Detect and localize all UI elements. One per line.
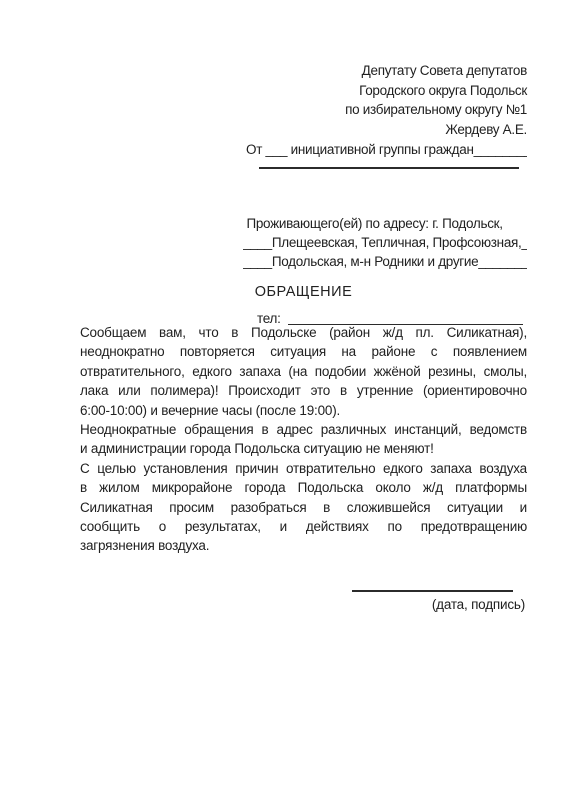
text-line: загрязнения воздуха. [80, 536, 527, 555]
text-line: отвратительного, едкого запаха (на подоб… [80, 362, 527, 381]
text-line: Депутату Совета депутатов [207, 61, 527, 81]
signature-underline [352, 590, 513, 592]
signature-caption: (дата, подпись) [352, 595, 525, 614]
text-line: ____Плещеевская, Тепличная, Профсоюзная,… [243, 233, 527, 252]
text-line: неоднократно повторяется ситуация на рай… [80, 342, 527, 361]
document-page: Депутату Совета депутатовГородского окру… [0, 0, 566, 800]
text-line: Жердеву А.Е. [207, 120, 527, 140]
paragraph-2: Неоднократные обращения в адрес различны… [80, 420, 527, 459]
text-line: в жилом микрорайоне города Подольска око… [80, 478, 527, 497]
text-line: 6:00-10:00) и вечерние часы (после 19:00… [80, 401, 527, 420]
address-lines: Проживающего(ей) по адресу: г. Подольск,… [243, 214, 527, 271]
text-line: С целью установления причин отвратительн… [80, 459, 527, 478]
document-title: ОБРАЩЕНИЕ [80, 282, 527, 302]
text-line: и администрации города Подольска ситуаци… [80, 439, 527, 458]
text-line: лака или полимера)! Происходит это в утр… [80, 381, 527, 400]
letter-body: Сообщаем вам, что в Подольске (район ж/д… [80, 323, 527, 556]
text-line: Сообщаем вам, что в Подольске (район ж/д… [80, 323, 527, 342]
blank-underline [259, 167, 519, 169]
text-line: по избирательному округу №1 [207, 100, 527, 120]
text-line: Неоднократные обращения в адрес различны… [80, 420, 527, 439]
text-line: Силикатная просим разобраться в сложивше… [80, 498, 527, 517]
text-line: Городского округа Подольск [207, 81, 527, 101]
paragraph-3: С целью установления причин отвратительн… [80, 459, 527, 556]
text-line: сообщить о результатах, и действиях по п… [80, 517, 527, 536]
recipient-block: Депутату Совета депутатовГородского окру… [207, 61, 527, 139]
text-line: ____Подольская, м-н Родники и другие____… [243, 252, 527, 271]
sender-from-line: От ___ инициативной группы граждан______… [246, 140, 527, 159]
text-line: Проживающего(ей) по адресу: г. Подольск, [243, 214, 527, 233]
paragraph-1: Сообщаем вам, что в Подольске (район ж/д… [80, 323, 527, 420]
